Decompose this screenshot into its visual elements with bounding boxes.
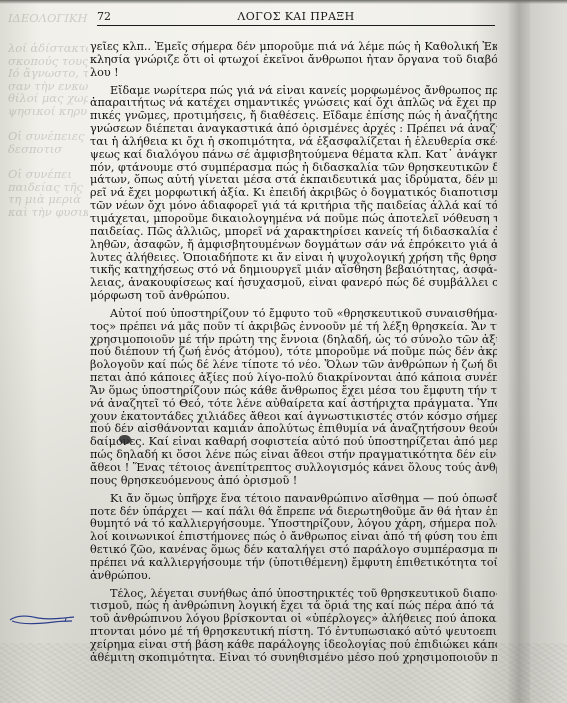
text-line: παιδείας. Πῶς ἀλλιῶς, μπορεῖ νά χαρακτηρ… — [90, 226, 497, 239]
text-line: πού δέν αἰσθάνονται καμιάν ἀπολύτως ἐπιθ… — [90, 423, 497, 436]
text-line: ρεῖ νά ἔχει μορφωτική ἀξία. Κι ἐπειδή ἀκ… — [90, 187, 497, 200]
text-line: Αὐτοί πού ὑποστηρίζουν τό ἔμφυτο τοῦ «θρ… — [90, 308, 497, 321]
bleed-through-line: Οἱ συνέπειες — [8, 130, 88, 143]
text-line: θυμητό νά τό καλλιεργήσουμε. Ὑποστηρίζου… — [90, 518, 497, 531]
running-header: 72 ΛΟΓΟΣ ΚΑΙ ΠΡΑΞΗ — [97, 10, 495, 26]
text-line: πτονται μόνο μέ τή θρησκευτική πίστη. Τό… — [90, 626, 497, 639]
text-line: λοί κοινωνικοί ἐπιστήμονες πώς ὁ ἄνθρωπο… — [90, 531, 497, 544]
scanned-page: ΙΔΕΟΛΟΓΙΚΗ λοί ἀδίστακτοισκοπούς τους.Ιό… — [0, 0, 567, 703]
bleed-through-line: ψησικοί κηρυγ — [8, 105, 88, 118]
running-title: ΛΟΓΟΣ ΚΑΙ ΠΡΑΞΗ — [97, 10, 495, 23]
bleed-through-header: ΙΔΕΟΛΟΓΙΚΗ — [8, 12, 88, 25]
bleed-through-line: καὶ τὴν φυσική — [8, 206, 88, 219]
text-line: ληθῶν, ἀσαφῶν, ἤ ἀμφισβητουμένων δογμάτω… — [90, 239, 497, 252]
text-line: πους θρησκευόμενους ἀπό ὁρισμοῦ ! — [90, 475, 497, 488]
text-line: Κι ἄν ὅμως ὑπῆρχε ἕνα τέτοιο πανανθρώπιν… — [90, 493, 497, 506]
text-line: τῶν νέων ὄχι μόνο ἀδιαφορεῖ γιά τά κριτή… — [90, 200, 497, 213]
bleed-through-line: Οἱ συνέπει — [8, 168, 88, 181]
text-line: χρησιμοποιοῦν μέ τήν πρώτη της ἔννοια (δ… — [90, 334, 497, 347]
text-line: πικές γνῶμες, προτιμήσεις, ἤ διαθέσεις. … — [90, 110, 497, 123]
text-line: ἄθεοι ! Ἕνας τέτοιος ἀνεπίτρεπτος συλλογ… — [90, 462, 497, 475]
text-line: χουν ἑκατοντάδες χιλιάδες ἄθεοι καί ἀγνω… — [90, 411, 497, 424]
scan-noise — [0, 643, 567, 703]
bleed-through-line: λοί ἀδίστακτοι — [8, 42, 88, 55]
body-text: γεῖες κλπ.. Ἐμεῖς σήμερα δέν μποροῦμε πι… — [90, 41, 497, 665]
text-line: τοῦ ἀνθρώπινου λόγου βρίσκονται οἱ «ὑπέρ… — [90, 613, 497, 626]
text-line: τισμοῦ, πώς ἡ ἀνθρώπινη λογική ἔχει τά ὅ… — [90, 600, 497, 613]
bleed-through-line: Ιό ἄγνωστο, τὴν — [8, 67, 88, 80]
text-line: ψεως καί διαλόγου πάνω σέ ἀμφισβητούμενα… — [90, 149, 497, 162]
text-line: ποτε δέν ὑπάρχει — καί πάλι θά ἔπρεπε νά… — [90, 506, 497, 519]
text-line: κλησία γνώριζε ὅτι οἱ φτωχοί ἐκεῖνοι ἄνθ… — [90, 54, 497, 67]
text-line: πόν, φτάνουμε στό συμπέρασμα πώς ἡ διδασ… — [90, 162, 497, 175]
text-line: λυτες ἀλήθειες. Ὁποιαδήποτε κι ἄν εἶναι … — [90, 252, 497, 265]
text-line: Ἄν ὅμως ὑποστηρίζουν πώς κάθε ἄνθρωπος ἔ… — [90, 385, 497, 398]
bleed-through-line: τη μιὰ μεριὰ — [8, 193, 88, 206]
bleed-through-line: δεσποτισ — [8, 143, 88, 156]
text-line: πώς δηλαδή κι ὅσοι λένε πώς εἶναι ἄθεοι … — [90, 449, 497, 462]
text-line: ἀνθρώπου. — [90, 570, 497, 583]
text-line: νά ἀναζητεῖ τό Θεό, τότε λένε αὐθαίρετα … — [90, 398, 497, 411]
text-line: τικῆς κατηχήσεως στό νά δημιουργεῖ μιάν … — [90, 264, 497, 277]
text-line: τος» πρέπει νά μᾶς ποῦν τί ἀκριβῶς ἐννοο… — [90, 321, 497, 334]
text-line: μάτων, ὅπως αὐτή γίνεται μέσα στά ἐκπαιδ… — [90, 174, 497, 187]
binding-gutter-shadow — [508, 0, 530, 703]
bleed-through-text: λοί ἀδίστακτοισκοπούς τους.Ιό ἄγνωστο, τ… — [8, 42, 88, 218]
pen-mark-icon — [8, 612, 78, 628]
text-line: γεῖες κλπ.. Ἐμεῖς σήμερα δέν μποροῦμε πι… — [90, 41, 497, 54]
text-line: πεται ἀπό κάποιες ἀξίες πού λίγο-πολύ δι… — [90, 372, 497, 385]
text-line: ἀπαραιτήτως νά κατέχει σημαντικές γνώσει… — [90, 97, 497, 110]
ink-smudge — [119, 435, 131, 444]
text-line: τιμάχεται, μποροῦμε δικαιολογημένα νά πο… — [90, 213, 497, 226]
text-line: Τέλος, λέγεται συνήθως ἀπό ὑποστηρικτές … — [90, 588, 497, 601]
text-line: Εἴδαμε νωρίτερα πώς γιά νά εἶναι κανείς … — [90, 85, 497, 98]
text-line: λου ! — [90, 67, 497, 80]
scan-top-edge — [0, 0, 567, 4]
text-line: βολογοῦν καί πώς δέ λένε τίποτε τό νέο. … — [90, 359, 497, 372]
text-line: λειας, ἀνακουφίσεως καί ἡσυχασμοῦ, εἶναι… — [90, 277, 497, 290]
text-line: μόρφωση τοῦ ἀνθρώπου. — [90, 290, 497, 303]
text-line: θετικό ζῶο, κανένας ὅμως δέν καταλήγει σ… — [90, 544, 497, 557]
text-line: πρέπει νά καλλιεργήσουμε τήν (ὑποτιθέμεν… — [90, 557, 497, 570]
text-line: πού διέπουν τή ζωή ἑνός ἀτόμου), τότε μπ… — [90, 346, 497, 359]
text-line: ται ἡ ἀλήθεια κι ὄχι ἡ σκοπιμότητα, νά ἐ… — [90, 136, 497, 149]
text-line: δαίμονες. Καί εἶναι καθαρή σοφιστεία αὐτ… — [90, 436, 497, 449]
text-line: γνώσεων διέπεται ἀναγκαστικά ἀπό ὁρισμέν… — [90, 123, 497, 136]
